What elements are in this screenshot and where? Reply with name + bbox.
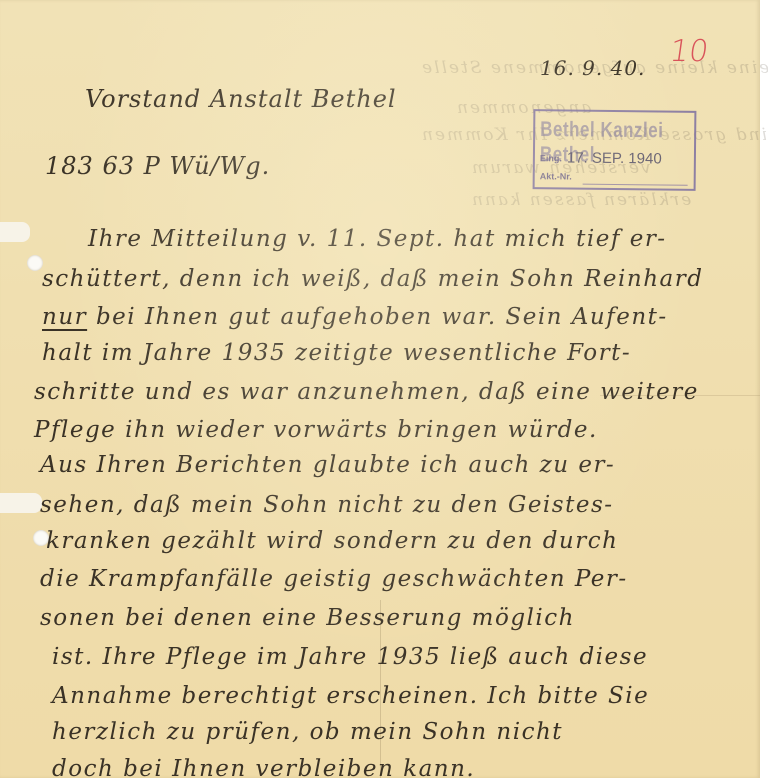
body-line: doch bei Ihnen verbleiben kann.: [52, 756, 475, 778]
paper-tear: [0, 222, 30, 242]
body-line-text: bei Ihnen gut aufgehoben war. Sein Aufen…: [96, 304, 668, 330]
body-line: herzlich zu prüfen, ob mein Sohn nicht: [52, 719, 563, 745]
body-line: Pflege ihn wieder vorwärts bringen würde…: [34, 417, 598, 443]
body-line: sonen bei denen eine Besserung möglich: [40, 605, 575, 631]
folio-number: 10: [668, 34, 711, 69]
body-line: kranken gezählt wird sondern zu den durc…: [46, 528, 618, 554]
body-line: Annahme berechtigt erscheinen. Ich bitte…: [52, 683, 649, 709]
body-line: Ihre Mitteilung v. 11. Sept. hat mich ti…: [88, 226, 667, 252]
bleed-through-line: erklären fassen kann: [470, 190, 691, 210]
letter-page: Ich hatte eine kleine aufgenommene Stell…: [0, 0, 760, 778]
paper-tear: [0, 493, 42, 513]
received-stamp: Bethel Kanzlei Bethel Eing. 17. SEP. 194…: [533, 109, 697, 191]
letter-date: 16. 9. 40.: [540, 56, 645, 80]
body-line: ist. Ihre Pflege im Jahre 1935 ließ auch…: [52, 644, 648, 670]
body-line: nur bei Ihnen gut aufgehoben war. Sein A…: [42, 304, 668, 330]
reference-number: 183 63 P Wü/Wg.: [45, 152, 270, 180]
body-line: halt im Jahre 1935 zeitigte wesentliche …: [42, 340, 631, 366]
stamp-received-label: Eing.: [540, 153, 562, 163]
underlined-word: nur: [42, 304, 87, 330]
stamp-file-number-line: [583, 184, 688, 186]
body-line: schritte und es war anzunehmen, daß eine…: [34, 379, 699, 405]
body-line: schüttert, denn ich weiß, daß mein Sohn …: [42, 266, 703, 292]
addressee: Vorstand Anstalt Bethel: [85, 85, 397, 113]
body-line: sehen, daß mein Sohn nicht zu den Geiste…: [40, 492, 614, 518]
stamp-received-date: 17. SEP. 1940: [567, 150, 662, 168]
body-line: Aus Ihren Berichten glaubte ich auch zu …: [40, 452, 615, 478]
stamp-file-number-label: Akt.-Nr.: [540, 171, 572, 181]
body-line: die Krampfanfälle geistig geschwächten P…: [40, 566, 628, 592]
punch-hole: [27, 255, 43, 271]
